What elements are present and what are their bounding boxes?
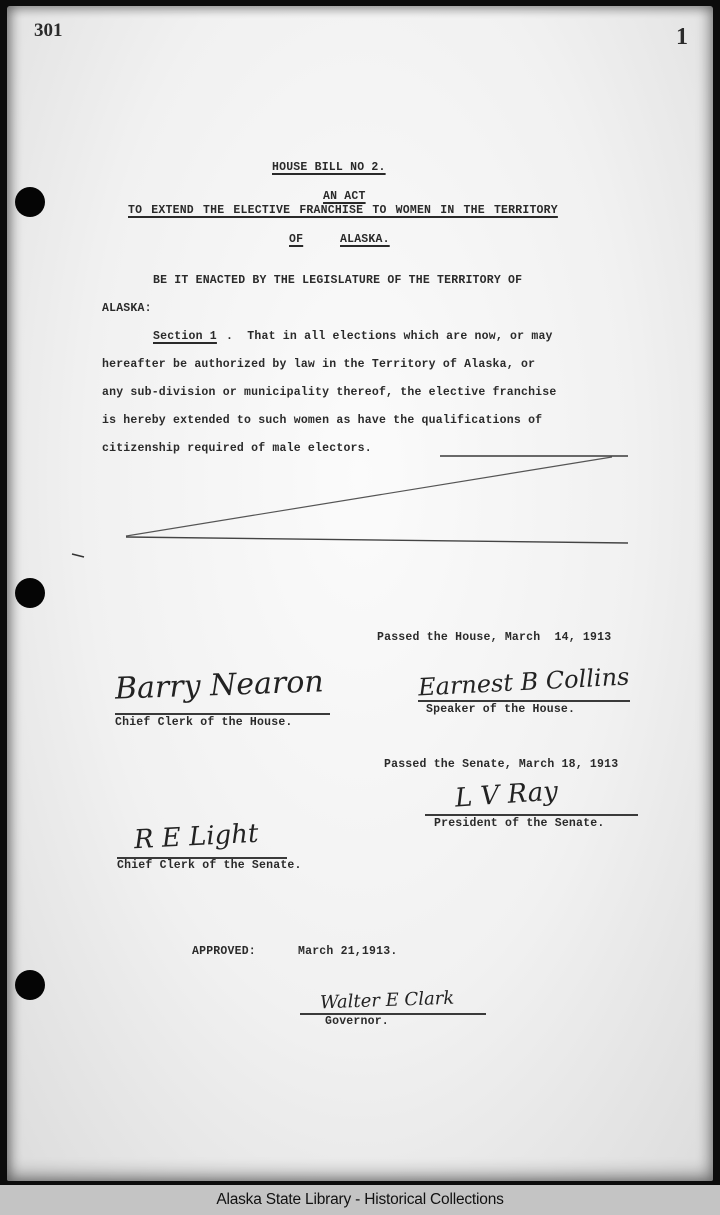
approved-date: March 21,1913. <box>298 945 397 958</box>
closing-z-line <box>0 0 720 1215</box>
chief-clerk-house-signature: Barry Nearon <box>114 664 324 706</box>
senate-president-title: President of the Senate. <box>434 817 604 830</box>
credit-text: Alaska State Library - Historical Collec… <box>216 1191 503 1209</box>
speaker-title: Speaker of the House. <box>426 703 575 716</box>
passed-house-date: Passed the House, March 14, 1913 <box>377 631 611 644</box>
signature-line <box>418 700 630 702</box>
signature-line <box>115 713 330 715</box>
signature-line <box>425 814 638 816</box>
passed-senate-date: Passed the Senate, March 18, 1913 <box>384 758 618 771</box>
approved-label: APPROVED: <box>192 945 256 958</box>
chief-clerk-house-title: Chief Clerk of the House. <box>115 716 293 729</box>
collection-credit: Alaska State Library - Historical Collec… <box>0 1185 720 1215</box>
governor-title: Governor. <box>325 1015 389 1028</box>
chief-clerk-senate-title: Chief Clerk of the Senate. <box>117 859 302 872</box>
